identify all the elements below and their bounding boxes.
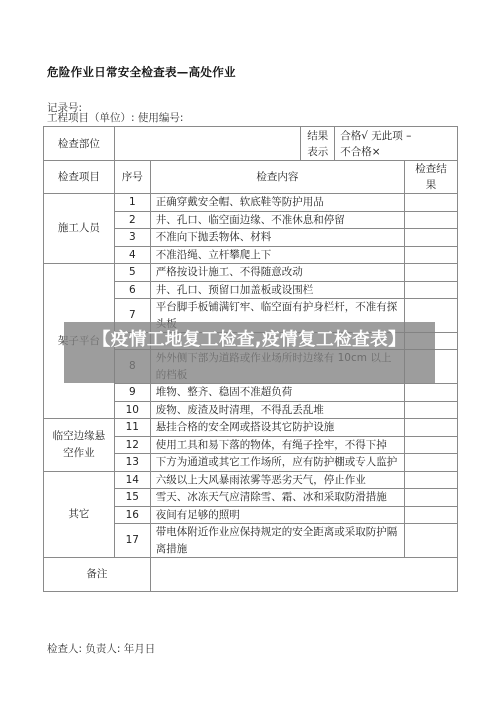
row-content: 夜间有足够的照明 bbox=[150, 506, 404, 524]
row-result[interactable] bbox=[405, 436, 458, 454]
row-result[interactable] bbox=[405, 229, 458, 247]
row-content: 下方为通道或其它工作场所，应有防护棚或专人监护 bbox=[150, 454, 404, 472]
row-result[interactable] bbox=[405, 194, 458, 212]
row-seq: 12 bbox=[114, 436, 150, 454]
row-content: 悬挂合格的安全网或搭设其它防护设施 bbox=[150, 419, 404, 437]
row-seq: 16 bbox=[114, 506, 150, 524]
inspection-part-label: 检查部位 bbox=[44, 127, 115, 161]
row-result[interactable] bbox=[405, 489, 458, 507]
row-result[interactable] bbox=[405, 524, 458, 558]
row-result[interactable] bbox=[405, 211, 458, 229]
result-legend: 合格√ 无此项 – 不合格× bbox=[335, 127, 458, 161]
watermark-banner: 【疫情工地复工检查,疫情复工检查表】 bbox=[64, 322, 435, 383]
result-legend-line2: 不合格× bbox=[340, 144, 452, 160]
row-seq: 5 bbox=[114, 264, 150, 282]
column-header-result: 检查结果 bbox=[405, 161, 458, 194]
row-seq: 1 bbox=[114, 194, 150, 212]
row-seq: 11 bbox=[114, 419, 150, 437]
row-seq: 4 bbox=[114, 246, 150, 264]
group-label-other: 其它 bbox=[44, 471, 115, 558]
row-result[interactable] bbox=[405, 506, 458, 524]
row-result[interactable] bbox=[405, 401, 458, 419]
row-seq: 6 bbox=[114, 281, 150, 299]
row-content: 严格按设计施工、不得随意改动 bbox=[150, 264, 404, 282]
inspection-part-value[interactable] bbox=[114, 127, 301, 161]
row-content: 井、孔口、临空面边缘、不准休息和停留 bbox=[150, 211, 404, 229]
row-seq: 17 bbox=[114, 524, 150, 558]
result-legend-line1: 合格√ 无此项 – bbox=[340, 128, 452, 144]
row-result[interactable] bbox=[405, 384, 458, 402]
column-header-content: 检查内容 bbox=[150, 161, 404, 194]
row-result[interactable] bbox=[405, 419, 458, 437]
row-result[interactable] bbox=[405, 281, 458, 299]
watermark-banner-text: 【疫情工地复工检查,疫情复工检查表】 bbox=[64, 328, 435, 352]
row-content: 雪天、冰冻天气应清除雪、霜、冰和采取防滑措施 bbox=[150, 489, 404, 507]
result-legend-label: 结果表示 bbox=[301, 127, 335, 161]
row-content: 废物、废渣及时清理，不得乱丢乱堆 bbox=[150, 401, 404, 419]
group-label-workers: 施工人员 bbox=[44, 194, 115, 264]
row-seq: 10 bbox=[114, 401, 150, 419]
row-seq: 14 bbox=[114, 471, 150, 489]
remarks-label: 备注 bbox=[44, 558, 151, 592]
document-title: 危险作业日常安全检查表—高处作业 bbox=[47, 64, 236, 80]
row-seq: 9 bbox=[114, 384, 150, 402]
group-label-edge-work: 临空边缘悬空作业 bbox=[44, 419, 115, 472]
row-result[interactable] bbox=[405, 246, 458, 264]
row-seq: 13 bbox=[114, 454, 150, 472]
row-result[interactable] bbox=[405, 454, 458, 472]
project-label: 工程项目（单位）: 使用编号: bbox=[47, 113, 183, 124]
column-header-item: 检查项目 bbox=[44, 161, 115, 194]
row-content: 不准向下抛丢物体、材料 bbox=[150, 229, 404, 247]
row-content: 不准沿绳、立杆攀爬上下 bbox=[150, 246, 404, 264]
row-result[interactable] bbox=[405, 264, 458, 282]
row-seq: 2 bbox=[114, 211, 150, 229]
signature-line: 检查人: 负责人: 年月日 bbox=[47, 641, 155, 656]
row-content: 六级以上大风暴雨浓雾等恶劣天气，停止作业 bbox=[150, 471, 404, 489]
remarks-field[interactable] bbox=[150, 558, 457, 592]
row-content: 井、孔口、预留口加盖板或设围栏 bbox=[150, 281, 404, 299]
row-seq: 15 bbox=[114, 489, 150, 507]
row-content: 正确穿戴安全帽、软底鞋等防护用品 bbox=[150, 194, 404, 212]
row-content: 堆物、整齐、稳固不准超负荷 bbox=[150, 384, 404, 402]
row-content: 使用工具和易下落的物体，有绳子拴牢，不得下掉 bbox=[150, 436, 404, 454]
column-header-seq: 序号 bbox=[114, 161, 150, 194]
row-result[interactable] bbox=[405, 471, 458, 489]
row-content: 带电体附近作业应保持规定的安全距离或采取防护隔离措施 bbox=[150, 524, 404, 558]
row-seq: 3 bbox=[114, 229, 150, 247]
